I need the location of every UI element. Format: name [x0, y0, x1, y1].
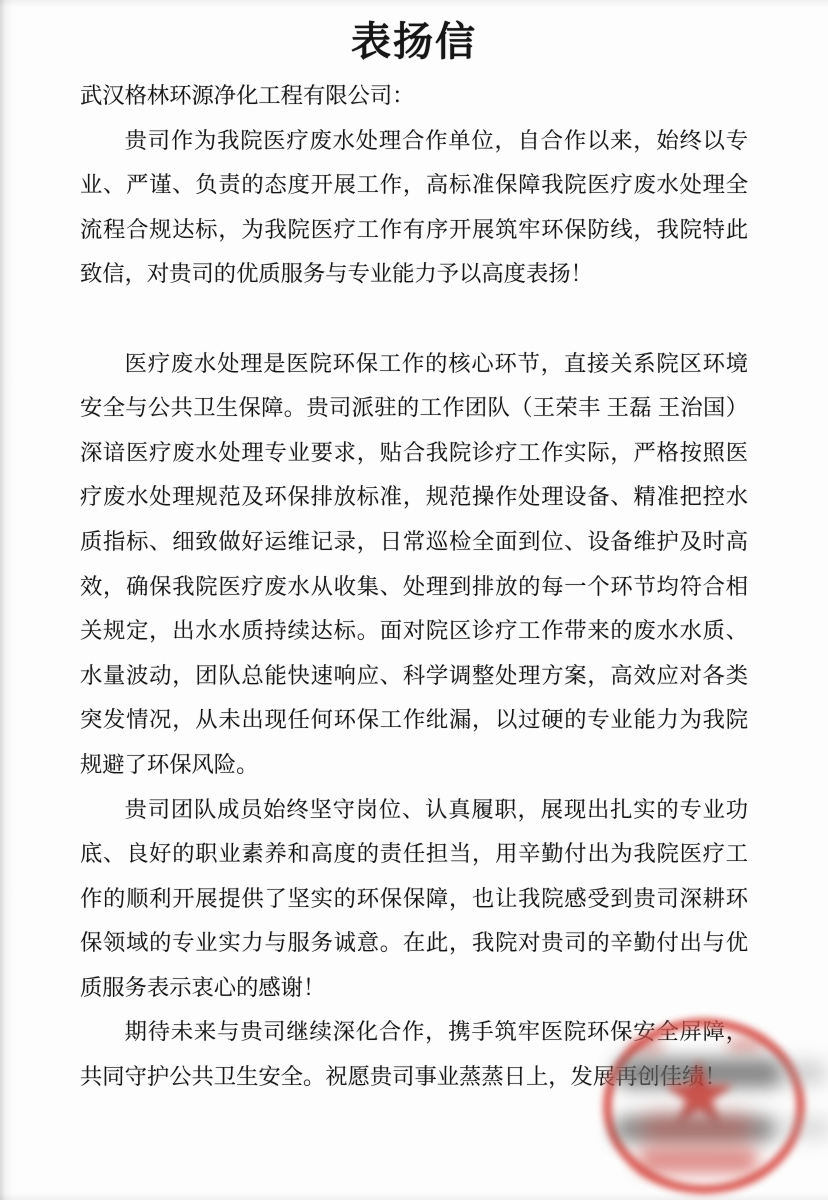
seal-text-smear: [781, 1118, 828, 1138]
paragraph-gap: [80, 297, 748, 342]
seal-text-smear: [637, 1148, 759, 1174]
seal-text-smear: [641, 1114, 753, 1142]
letter-page: 表扬信 武汉格林环源净化工程有限公司： 贵司作为我院医疗废水处理合作单位，自合作…: [0, 0, 828, 1200]
paragraph: 贵司作为我院医疗废水处理合作单位，自合作以来，始终以专业、严谨、负责的态度开展工…: [80, 119, 748, 297]
seal-text-smear: [779, 1062, 827, 1084]
paragraph: 期待未来与贵司继续深化合作，携手筑牢医院环保安全屏障，共同守护公共卫生安全。祝愿…: [80, 1010, 748, 1099]
letter-body: 武汉格林环源净化工程有限公司： 贵司作为我院医疗废水处理合作单位，自合作以来，始…: [80, 74, 748, 1100]
seal-text-smear: [613, 1116, 777, 1142]
paragraph: 医疗废水处理是医院环保工作的核心环节，直接关系院区环境安全与公共卫生保障。贵司派…: [80, 342, 748, 788]
salutation: 武汉格林环源净化工程有限公司：: [80, 74, 748, 119]
paragraph: 贵司团队成员始终坚守岗位、认真履职，展现出扎实的专业功底、良好的职业素养和高度的…: [80, 788, 748, 1011]
letter-title: 表扬信: [0, 17, 828, 67]
